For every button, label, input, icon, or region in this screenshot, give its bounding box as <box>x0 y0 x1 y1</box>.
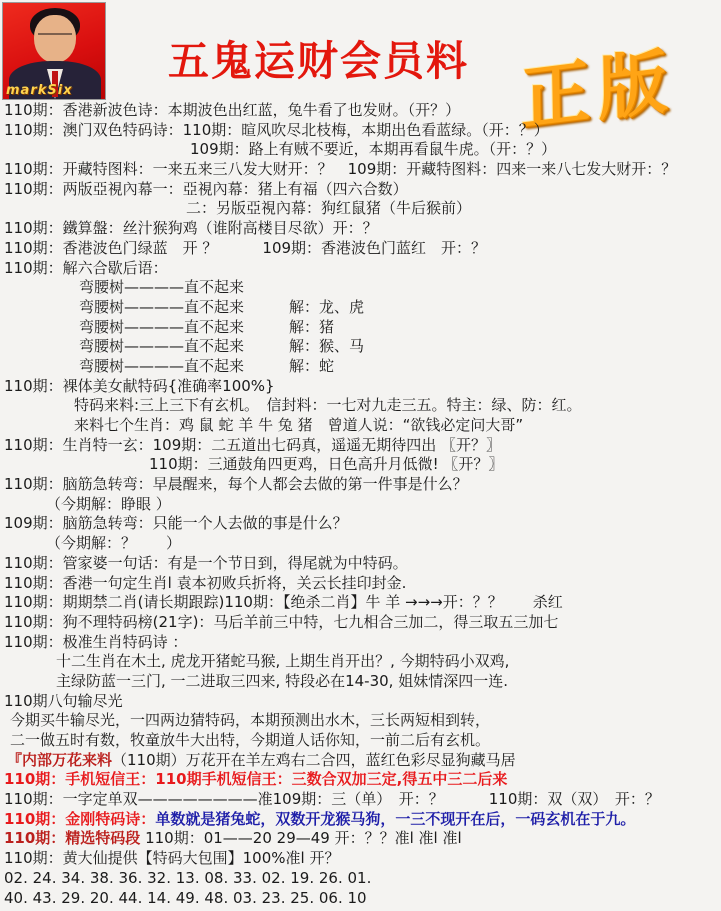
text-segment: 110期：鐵算盤：丝汁猴狗鸡（谁附高楼目尽欲）开：？ <box>4 219 378 237</box>
text-segment: 单数就是猪兔蛇，双数开龙猴马狗，一三不现开在后，一码玄机在于九。 <box>155 810 635 828</box>
text-segment: 来料七个生肖：鸡 鼠 蛇 羊 牛 兔 猪 曾道人说：“欲钱必定问大哥” <box>74 416 523 434</box>
text-segment: 110期：一字定单双————————准109期：三（单） 开：？ 110期：双（… <box>4 790 660 808</box>
text-line: 110期：期期禁二肖(请长期跟踪)110期：【绝杀二肖】牛 羊 →→→开：？？ … <box>4 593 719 613</box>
text-segment: 110期：管家婆一句话：有是一个节日到，得尾就为中特码。 <box>4 554 408 572</box>
text-segment: 40. 43. 29. 20. 44. 14. 49. 48. 03. 23. … <box>4 889 367 907</box>
text-line: 110期：生肖特一玄：109期：二五道出七码真，遥遥无期待四出 〖开？〗 <box>4 436 719 456</box>
text-line: 110期：狗不理特码榜(21字)：马后羊前三中特，七九相合三加二，得三取五三加七 <box>4 613 719 633</box>
text-line: 今期买牛输尽光，一四两边猜特码，本期预测出水木，三长两短相到转， <box>4 711 719 731</box>
text-segment: 110期：黄大仙提供【特码大包围】100%准l 开？ <box>4 849 339 867</box>
host-portrait-photo: markSix <box>2 2 106 100</box>
text-line: （今期解：睁眼 ） <box>4 495 719 515</box>
text-segment: 110期：香港波色门绿蓝 开 ？ 109期：香港波色门蓝红 开：？ <box>4 239 486 257</box>
text-line: 110期：澳门双色特码诗：110期：暄风吹尽北枝梅，本期出色看蓝绿。（开：？） <box>4 121 719 141</box>
page-title: 五鬼运财会员料 <box>168 28 469 87</box>
text-segment: 弯腰树————直不起来 解：猪 <box>79 318 334 336</box>
lottery-tip-sheet: markSix 五鬼运财会员料 正版 110期：香港新波色诗：本期波色出红蓝，兔… <box>0 0 721 911</box>
text-segment: 110期八句输尽光 <box>4 692 123 710</box>
text-segment: 110期：精选特码段 <box>4 829 140 847</box>
text-segment: （110期）万花开在羊左鸡右二合四，蓝红色彩尽显狗藏马居 <box>112 751 516 769</box>
text-segment: 『内部万花来料 <box>7 751 112 769</box>
text-line: 02. 24. 34. 38. 36. 32. 13. 08. 33. 02. … <box>4 869 719 889</box>
text-segment: 110期：手机短信王：110期手机短信王：三数合双加三定,得五中三二后来 <box>4 770 507 788</box>
text-segment: 110期：狗不理特码榜(21字)：马后羊前三中特，七九相合三加二，得三取五三加七 <box>4 613 558 631</box>
text-line: 110期：裸体美女献特码{准确率100%} <box>4 377 719 397</box>
text-segment: （今期解：睁眼 ） <box>46 495 171 513</box>
text-line: 110期：一字定单双————————准109期：三（单） 开：？ 110期：双（… <box>4 790 719 810</box>
text-line: 110期：鐵算盤：丝汁猴狗鸡（谁附高楼目尽欲）开：？ <box>4 219 719 239</box>
text-segment: 110期：三通鼓角四更鸡，日色高升月低微! 〖开？〗 <box>149 455 503 473</box>
text-segment: 今期买牛输尽光，一四两边猜特码，本期预测出水木，三长两短相到转， <box>10 711 490 729</box>
text-segment: 弯腰树————直不起来 解：龙、虎 <box>79 298 364 316</box>
text-line: 110期：精选特码段 110期：01——20 29—49 开：？？准l 准l 准… <box>4 829 719 849</box>
text-segment: 110期：香港一句定生肖l 袁本初败兵折将，关云长挂印封金. <box>4 574 406 592</box>
text-line: 110期：黄大仙提供【特码大包围】100%准l 开？ <box>4 849 719 869</box>
text-line: 110期：解六合歇后语： <box>4 259 719 279</box>
text-segment: 110期：生肖特一玄：109期：二五道出七码真，遥遥无期待四出 〖开？〗 <box>4 436 501 454</box>
text-line: 来料七个生肖：鸡 鼠 蛇 羊 牛 兔 猪 曾道人说：“欲钱必定问大哥” <box>4 416 719 436</box>
text-line: 110期：开藏特图料：一来五来三八发大财开：？ 109期：开藏特图料：四来一来八… <box>4 160 719 180</box>
text-segment: 110期：01——20 29—49 开：？？准l 准l 准l <box>140 829 461 847</box>
text-segment: 十二生肖在木土, 虎龙开猪蛇马猴, 上期生肖开出？, 今期特码小双鸡, <box>56 652 509 670</box>
text-line: 二一做五时有数，牧童放牛大出特，今期道人话你知，一前二后有玄机。 <box>4 731 719 751</box>
text-segment: 110期：极准生肖特码诗 ： <box>4 633 187 651</box>
text-segment: 110期：金刚特码诗： <box>4 810 155 828</box>
photo-watermark-text: markSix <box>6 83 73 98</box>
text-line: 110期：脑筋急转弯：早晨醒来，每个人都会去做的第一件事是什么？ <box>4 475 719 495</box>
text-segment: 弯腰树————直不起来 解：蛇 <box>79 357 334 375</box>
text-segment: 110期：脑筋急转弯：早晨醒来，每个人都会去做的第一件事是什么？ <box>4 475 468 493</box>
text-segment: 110期：解六合歇后语： <box>4 259 168 277</box>
text-segment: 二：另版亞視內幕：狗红鼠猪（牛后猴前） <box>186 199 471 217</box>
text-line: 110期：三通鼓角四更鸡，日色高升月低微! 〖开？〗 <box>4 455 719 475</box>
text-segment: 主绿防蓝一三门, 一二进取三四来, 特段必在14-30, 姐妹情深四一连. <box>56 672 508 690</box>
text-segment: 110期：澳门双色特码诗：110期：暄风吹尽北枝梅，本期出色看蓝绿。（开：？） <box>4 121 549 139</box>
text-line: 40. 43. 29. 20. 44. 14. 49. 48. 03. 23. … <box>4 889 719 909</box>
text-line: （今期解：？ ） <box>4 534 719 554</box>
text-segment: 特码来料:三上三下有玄机。 信封料：一七对九走三五。特主：绿、防：红。 <box>74 396 582 414</box>
text-line: 110期：金刚特码诗：单数就是猪兔蛇，双数开龙猴马狗，一三不现开在后，一码玄机在… <box>4 810 719 830</box>
text-line: 109期：路上有贼不要近，本期再看鼠牛虎。（开：？） <box>4 140 719 160</box>
text-line: 弯腰树————直不起来 解：猪 <box>4 318 719 338</box>
text-line: 特码来料:三上三下有玄机。 信封料：一七对九走三五。特主：绿、防：红。 <box>4 396 719 416</box>
text-line: 十二生肖在木土, 虎龙开猪蛇马猴, 上期生肖开出？, 今期特码小双鸡, <box>4 652 719 672</box>
text-line: 弯腰树————直不起来 解：龙、虎 <box>4 298 719 318</box>
text-segment: 02. 24. 34. 38. 36. 32. 13. 08. 33. 02. … <box>4 869 371 887</box>
text-line: 弯腰树————直不起来 <box>4 278 719 298</box>
text-line: 110期：手机短信王：110期手机短信王：三数合双加三定,得五中三二后来 <box>4 770 719 790</box>
text-line: 主绿防蓝一三门, 一二进取三四来, 特段必在14-30, 姐妹情深四一连. <box>4 672 719 692</box>
text-line: 110期：香港波色门绿蓝 开 ？ 109期：香港波色门蓝红 开：？ <box>4 239 719 259</box>
text-segment: 110期：裸体美女献特码{准确率100%} <box>4 377 275 395</box>
text-segment: 二一做五时有数，牧童放牛大出特，今期道人话你知，一前二后有玄机。 <box>10 731 490 749</box>
text-line: 110期：极准生肖特码诗 ： <box>4 633 719 653</box>
text-segment: 110期：香港新波色诗：本期波色出红蓝，兔牛看了也发财。（开？） <box>4 101 460 119</box>
text-line: 弯腰树————直不起来 解：猴、马 <box>4 337 719 357</box>
text-line: 109期：脑筋急转弯：只能一个人去做的事是什么？ <box>4 514 719 534</box>
text-line: 110期八句输尽光 <box>4 692 719 712</box>
content-lines: 110期：香港新波色诗：本期波色出红蓝，兔牛看了也发财。（开？）110期：澳门双… <box>4 101 719 908</box>
text-line: 110期：管家婆一句话：有是一个节日到，得尾就为中特码。 <box>4 554 719 574</box>
text-segment: 109期：路上有贼不要近，本期再看鼠牛虎。（开：？） <box>190 140 556 158</box>
text-segment: 弯腰树————直不起来 <box>79 278 244 296</box>
text-segment: 110期：期期禁二肖(请长期跟踪)110期：【绝杀二肖】牛 羊 →→→开：？？ … <box>4 593 563 611</box>
text-line: 110期：香港新波色诗：本期波色出红蓝，兔牛看了也发财。（开？） <box>4 101 719 121</box>
text-segment: 109期：脑筋急转弯：只能一个人去做的事是什么？ <box>4 514 348 532</box>
text-line: 110期：香港一句定生肖l 袁本初败兵折将，关云长挂印封金. <box>4 574 719 594</box>
text-segment: 110期：开藏特图料：一来五来三八发大财开：？ 109期：开藏特图料：四来一来八… <box>4 160 676 178</box>
text-segment: 110期：两版亞視內幕一：亞視內幕：猪上有福（四六合数） <box>4 180 408 198</box>
text-line: 110期：两版亞視內幕一：亞視內幕：猪上有福（四六合数） <box>4 180 719 200</box>
portrait-glasses <box>38 33 72 42</box>
text-segment: 弯腰树————直不起来 解：猴、马 <box>79 337 364 355</box>
text-line: 二：另版亞視內幕：狗红鼠猪（牛后猴前） <box>4 199 719 219</box>
text-segment: （今期解：？ ） <box>46 534 181 552</box>
text-line: 弯腰树————直不起来 解：蛇 <box>4 357 719 377</box>
text-line: 『内部万花来料（110期）万花开在羊左鸡右二合四，蓝红色彩尽显狗藏马居 <box>4 751 719 771</box>
